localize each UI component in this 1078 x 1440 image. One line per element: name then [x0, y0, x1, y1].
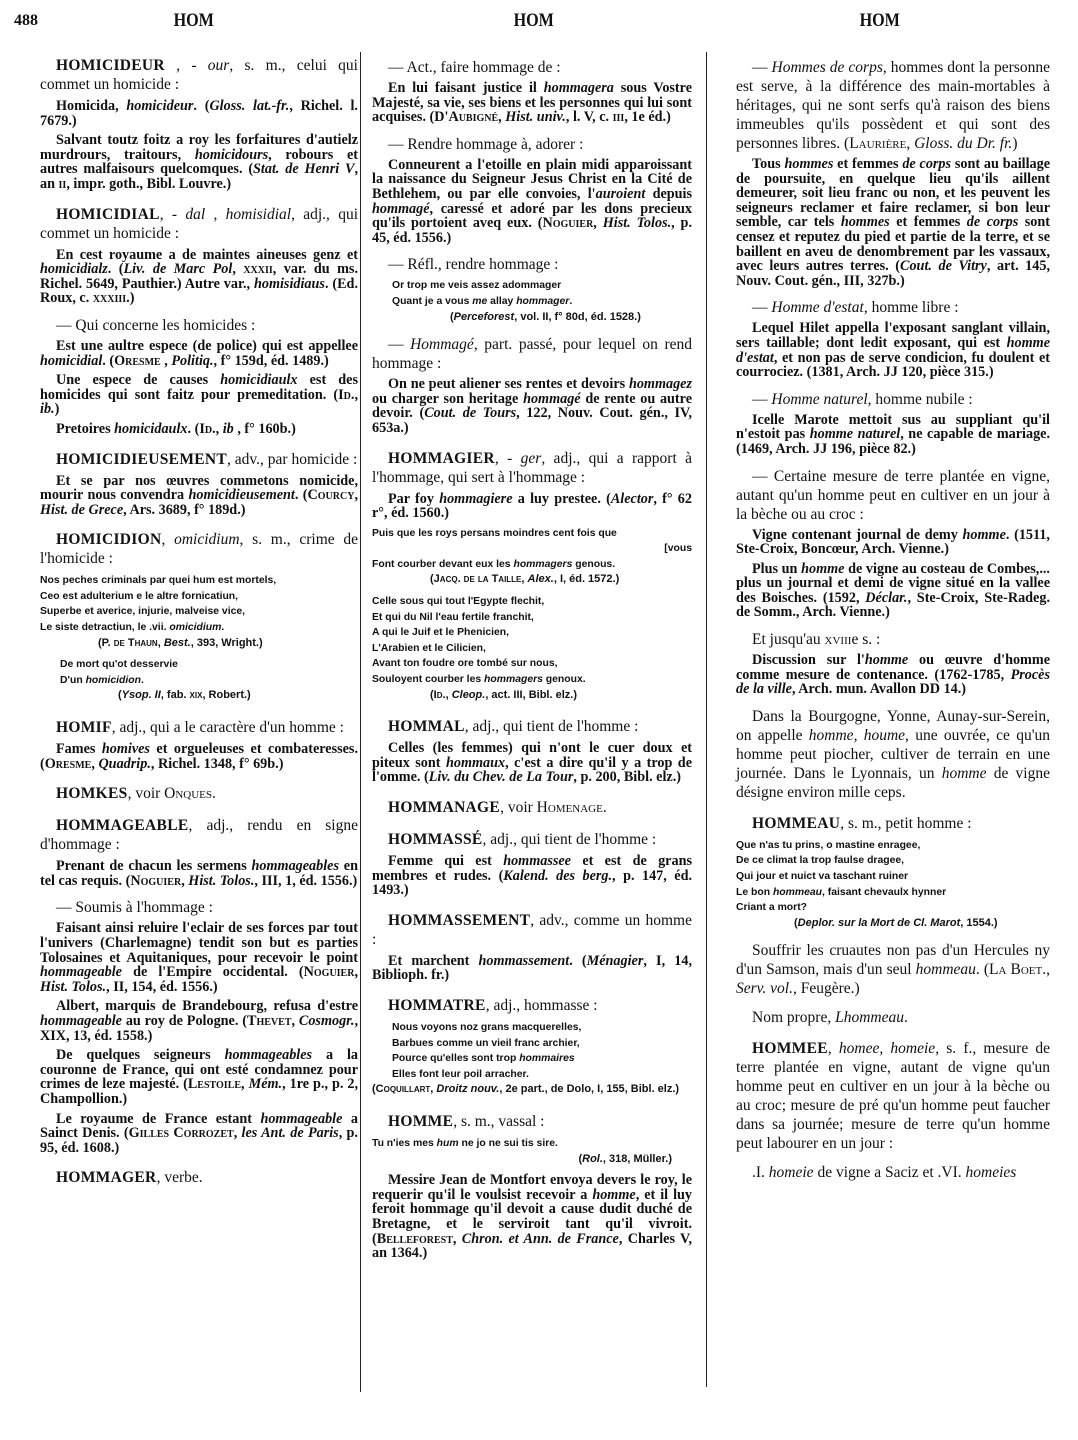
quotation: Prenant de chacun les sermens hommageabl… [40, 859, 358, 888]
italic-text: homee, homeie [839, 1040, 935, 1057]
small-caps-text: Homenage [537, 799, 603, 816]
entry-spacer [372, 709, 692, 717]
verse-line: [vous [372, 541, 692, 557]
italic-text: hommageables [225, 1047, 313, 1063]
verse-quotation: Celle sous qui tout l'Egypte flechit,Et … [372, 594, 692, 703]
headword: HOMICIDIEUSEMENT [56, 451, 227, 468]
italic-text: Kalend. des berg. [503, 868, 612, 884]
verse-line: Souloyent courber les hommagers genoux. [372, 672, 692, 688]
headword: HOMKES [56, 785, 128, 802]
italic-text: ib. [40, 401, 55, 417]
quotation: Discussion sur l'homme ou œuvre d'homme … [736, 653, 1050, 697]
italic-text: homisidial [226, 206, 291, 223]
italic-text: Ysop. II [122, 689, 161, 701]
column-divider [360, 52, 361, 1392]
italic-text: hommassement [479, 953, 570, 969]
running-head-center: HOM [514, 10, 554, 32]
italic-text: Lhommeau [835, 1009, 904, 1026]
entry-definition: HOMICIDEUR , - our, s. m., celui qui com… [40, 56, 358, 94]
verse-line: Celle sous qui tout l'Egypte flechit, [372, 594, 692, 610]
entry-spacer [372, 822, 692, 830]
citation: (Deplor. sur la Mort de Cl. Marot, 1554.… [736, 916, 1050, 932]
italic-text: Hist. Tolos. [188, 873, 254, 889]
quotation: Une espece de causes homicidiaulx est de… [40, 373, 358, 417]
sense-definition: .I. homeie de vigne a Saciz et .VI. home… [736, 1163, 1050, 1182]
verse-quotation: Tu n'ies mes hum ne jo ne sui tis sire.(… [372, 1136, 692, 1167]
italic-text: homeies [966, 1164, 1017, 1181]
verse-line: Elles font leur poil arracher. [392, 1067, 692, 1083]
quotation: En cest royaume a de maintes aineuses ge… [40, 248, 358, 306]
italic-text: Rol. [582, 1153, 603, 1165]
verse-line: Or trop me veis assez adommager [392, 278, 692, 294]
headword: HOMMEAU [752, 815, 840, 832]
italic-text: hommagé [523, 391, 581, 407]
italic-text: hommager [516, 296, 569, 307]
verse-line: Superbe et averice, injurie, malveise vi… [40, 604, 358, 620]
small-caps-text: Oresme [45, 756, 92, 772]
verse-line: Font courber devant eux les hommagers ge… [372, 557, 692, 573]
small-caps-text: Noguier [130, 873, 181, 889]
italic-text: homicideur [126, 98, 193, 114]
headword: HOMICIDION [56, 531, 161, 548]
italic-text: homicidaulx [114, 421, 187, 437]
entry-definition: HOMMAGER, verbe. [40, 1168, 358, 1187]
verse-line: Barbues comme un vieil franc archier, [392, 1036, 692, 1052]
quotation: Femme qui est hommassee et est de grans … [372, 854, 692, 898]
italic-text: Hist. Tolos. [40, 979, 106, 995]
verse-line: Quant je a vous me allay hommager. [392, 294, 692, 310]
italic-text: Hist. univ. [505, 109, 566, 125]
entry-definition: HOMICIDION, omicidium, s. m., crime de l… [40, 530, 358, 568]
italic-text: Hommagé [410, 336, 474, 353]
italic-text: Liv. du Chev. de La Tour [429, 769, 574, 785]
entry-definition: HOMMEAU, s. m., petit homme : [736, 814, 1050, 833]
headword: HOMMASSEMENT [388, 912, 530, 929]
quotation: Icelle Marote mettoit sus au suppliant q… [736, 413, 1050, 457]
verse-line: Avant ton foudre ore tombé sur nous, [372, 656, 692, 672]
small-caps-text: Id. [434, 689, 446, 701]
entry-spacer [40, 710, 358, 718]
small-caps-text: D'Aubigné [434, 109, 498, 125]
entry-spacer [372, 790, 692, 798]
citation: (Ysop. II, fab. xix, Robert.) [60, 688, 358, 704]
italic-text: homeie [769, 1164, 814, 1181]
entry-spacer [40, 48, 358, 56]
sense-definition: — Homme naturel, homme nubile : [736, 390, 1050, 409]
verse-line: Nos peches criminals par quei hum est mo… [40, 573, 358, 589]
small-caps-text: Id. [199, 421, 215, 437]
entry-spacer [372, 441, 692, 449]
italic-text: Hommes de corps [772, 59, 883, 76]
entry-spacer [372, 1104, 692, 1112]
entry-spacer [40, 522, 358, 530]
italic-text: Liv. de Marc Pol [124, 261, 233, 277]
italic-text: homme [865, 652, 908, 668]
verse-line: Pource qu'elles sont trop hommaires [392, 1051, 692, 1067]
entry-spacer [40, 1160, 358, 1168]
entry-definition: HOMICIDIAL, - dal , homisidial, adj., qu… [40, 205, 358, 243]
italic-text: ib [223, 421, 234, 437]
italic-text: Hist. de Grece [40, 502, 123, 518]
quotation: Plus un homme de vigne au costeau de Com… [736, 562, 1050, 620]
italic-text: Hist. Tolos. [603, 215, 671, 231]
quotation: Est une aultre espece (de police) qui es… [40, 339, 358, 368]
verse-line: Le bon hommeau, faisant chevaulx hynner [736, 885, 1050, 901]
italic-text: auroient [596, 186, 646, 202]
italic-text: hum [437, 1138, 459, 1149]
headword: HOMMEE [752, 1040, 828, 1057]
italic-text: Best. [164, 637, 191, 649]
sense-definition: — Qui concerne les homicides : [40, 316, 358, 335]
italic-text: omicidium [169, 622, 221, 633]
verse-line: A qui le Juif et le Phenicien, [372, 625, 692, 641]
small-caps-text: Noguier [542, 215, 593, 231]
entry-definition: HOMMATRE, adj., hommasse : [372, 996, 692, 1015]
quotation: De quelques seigneurs hommageables a la … [40, 1048, 358, 1106]
italic-text: Alex. [528, 573, 554, 585]
column-divider [706, 52, 707, 1387]
quotation: Vigne contenant journal de demy homme. (… [736, 528, 1050, 557]
quotation: Albert, marquis de Brandebourg, refusa d… [40, 999, 358, 1043]
italic-text: Mém. [249, 1076, 283, 1092]
quotation: Celles (les femmes) qui n'ont le cuer do… [372, 741, 692, 785]
citation: (Perceforest, vol. II, f° 80d, éd. 1528.… [392, 310, 692, 326]
small-caps-text: de Thaun [114, 637, 158, 649]
verse-line: De ce climat la trop faulse dragee, [736, 853, 1050, 869]
verse-quotation: De mort qu'ot desservieD'un homicidion.(… [40, 657, 358, 704]
citation: (Jacq. de la Taille, Alex., I, éd. 1572.… [372, 572, 692, 588]
italic-text: Ménagier [587, 953, 644, 969]
italic-text: homicidial [40, 353, 102, 369]
italic-text: dal [185, 206, 205, 223]
italic-text: homme [942, 765, 987, 782]
italic-text: homives [102, 741, 150, 757]
quotation: Lequel Hilet appella l'exposant sanglant… [736, 321, 1050, 379]
verse-line: Criant a mort? [736, 900, 1050, 916]
italic-text: Cleop. [452, 689, 486, 701]
italic-text: Gloss. lat.-fr. [209, 98, 289, 114]
entry-spacer [40, 776, 358, 784]
verse-quotation: Or trop me veis assez adommagerQuant je … [372, 278, 692, 325]
italic-text: homicidours [195, 147, 268, 163]
verse-line: Et qui du Nil l'eau fertile franchit, [372, 610, 692, 626]
quotation: En lui faisant justice il hommagera sous… [372, 81, 692, 125]
italic-text: Gloss. du Dr. fr. [914, 135, 1012, 152]
headword: HOMMAL [388, 718, 465, 735]
quotation: Et marchent hommassement. (Ménagier, I, … [372, 954, 692, 983]
dictionary-column-3: — Hommes de corps, hommes dont la person… [736, 48, 1050, 1186]
citation: (Id., Cleop., act. III, Bibl. elz.) [372, 688, 692, 704]
verse-quotation: Puis que les roys persans moindres cent … [372, 526, 692, 588]
small-caps-text: ii [59, 176, 67, 192]
small-caps-text: xix [190, 689, 203, 701]
headword: HOMMAGER [56, 1169, 157, 1186]
sense-definition: Souffrir les cruautes non pas d'un Hercu… [736, 941, 1050, 998]
small-caps-text: Thevet [247, 1013, 291, 1029]
italic-text: hommes [784, 156, 833, 172]
italic-text: ger [521, 450, 542, 467]
small-caps-text: xviii [825, 631, 852, 648]
citation: (P. de Thaun, Best., 393, Wright.) [40, 636, 358, 652]
italic-text: Serv. vol. [736, 980, 793, 997]
citation: (Rol., 318, Müller.) [372, 1152, 692, 1168]
entry-definition: HOMIF, adj., qui a le caractère d'un hom… [40, 718, 358, 737]
italic-text: homme [801, 561, 844, 577]
italic-text: Quadrip. [98, 756, 150, 772]
small-caps-text: Jacq. de la Taille [434, 573, 522, 585]
small-caps-text: iii [613, 109, 625, 125]
entry-definition: HOMICIDIEUSEMENT, adv., par homicide : [40, 450, 358, 469]
entry-definition: HOMMASSEMENT, adv., comme un homme : [372, 911, 692, 949]
italic-text: homme, houme [809, 727, 905, 744]
quotation: Le royaume de France estant hommageable … [40, 1112, 358, 1156]
italic-text: Homme d'estat [771, 299, 863, 316]
italic-text: Procès de la ville [736, 667, 1050, 698]
italic-text: Droitz nouv. [436, 1083, 499, 1095]
small-caps-text: Laurière [849, 135, 906, 152]
verse-line: L'Arabien et le Cilicien, [372, 641, 692, 657]
quotation: Homicida, homicideur. (Gloss. lat.-fr., … [40, 99, 358, 128]
italic-text: hommeau [916, 961, 976, 978]
sense-definition: — Act., faire hommage de : [372, 58, 692, 77]
italic-text: hommagiere [439, 491, 512, 507]
verse-continuation: [vous [372, 541, 692, 557]
italic-text: hommagé [372, 201, 430, 217]
sense-definition: Dans la Bourgogne, Yonne, Aunay-sur-Sere… [736, 707, 1050, 802]
italic-text: hommageable [260, 1111, 342, 1127]
italic-text: homme [592, 1187, 635, 1203]
italic-text: hommassee [503, 853, 571, 869]
entry-definition: HOMMAGEABLE, adj., rendu en signe d'homm… [40, 816, 358, 854]
italic-text: de corps [902, 156, 951, 172]
italic-text: Déclar. [865, 590, 907, 606]
italic-text: Cosmogr. [299, 1013, 355, 1029]
small-caps-text: Courcy [308, 487, 355, 503]
italic-text: homme d'estat [736, 335, 1050, 366]
small-caps-text: La Boet. [989, 961, 1046, 978]
verse-line: De mort qu'ot desservie [60, 657, 358, 673]
quotation: Tous hommes et femmes de corps sont au b… [736, 157, 1050, 288]
small-caps-text: Onques [164, 785, 212, 802]
sense-definition: — Réfl., rendre hommage : [372, 255, 692, 274]
entry-spacer [372, 988, 692, 996]
italic-text: hommeau [773, 887, 822, 898]
running-head-right: HOM [860, 10, 900, 32]
italic-text: Politiq. [171, 353, 213, 369]
sense-definition: Et jusqu'au xviiie s. : [736, 630, 1050, 649]
italic-text: hommagers [484, 674, 543, 685]
headword: HOMICIDEUR [56, 57, 165, 74]
dictionary-column-1: HOMICIDEUR , - our, s. m., celui qui com… [40, 48, 358, 1192]
citation: (Coquillart, Droitz nouv., 2e part., de … [372, 1082, 692, 1098]
dictionary-column-2: — Act., faire hommage de :En lui faisant… [372, 48, 692, 1266]
entry-spacer [736, 1031, 1050, 1039]
verse-line: Nous voyons noz grans macquerelles, [392, 1020, 692, 1036]
italic-text: hommaires [519, 1053, 574, 1064]
headword: HOMMATRE [388, 997, 486, 1014]
italic-text: homisidiaus [254, 276, 325, 292]
italic-text: Cout. de Tours [424, 405, 516, 421]
italic-text: les Ant. de Paris [242, 1125, 339, 1141]
italic-text: hommageables [252, 858, 340, 874]
running-head-left: HOM [174, 10, 214, 32]
entry-spacer [40, 197, 358, 205]
italic-text: hommes [841, 214, 890, 230]
verse-line: Ceo est adulterium e le altre fornicatiu… [40, 589, 358, 605]
quotation: Conneurent a l'etoille en plain midi app… [372, 158, 692, 246]
small-caps-text: Coquillart [376, 1083, 431, 1095]
headword: HOMICIDIAL [56, 206, 160, 223]
small-caps-text: Belleforest [377, 1231, 453, 1247]
italic-text: hommageable [40, 964, 122, 980]
entry-definition: HOMMAL, adj., qui tient de l'homme : [372, 717, 692, 736]
italic-text: Chron. et Ann. de France [462, 1231, 619, 1247]
italic-text: hommagez [629, 376, 692, 392]
italic-text: homicidiaulx [220, 372, 297, 388]
verse-line: D'un homicidion. [60, 673, 358, 689]
small-caps-text: Noguier [304, 964, 355, 980]
sense-definition: Nom propre, Lhommeau. [736, 1008, 1050, 1027]
page-number: 488 [14, 12, 38, 30]
headword: HOMMAGIER [388, 450, 495, 467]
italic-text: homicidieusement [188, 487, 294, 503]
quotation: On ne peut aliener ses rentes et devoirs… [372, 377, 692, 435]
headword: HOMMANAGE [388, 799, 500, 816]
headword: HOMME [388, 1113, 453, 1130]
italic-text: homme naturel [810, 426, 900, 442]
verse-quotation: Que n'as tu prins, o mastine enragee,De … [736, 838, 1050, 932]
entry-definition: HOMMAGIER, - ger, adj., qui a rapport à … [372, 449, 692, 487]
quotation: Fames homives et orgueleuses et combater… [40, 742, 358, 771]
sense-definition: — Homme d'estat, homme libre : [736, 298, 1050, 317]
headword: HOMMAGEABLE [56, 817, 188, 834]
quotation: Salvant toutz foitz a roy les forfaiture… [40, 133, 358, 191]
quotation: Par foy hommagiere a luy prestee. (Alect… [372, 492, 692, 521]
italic-text: Homme naturel [771, 391, 867, 408]
page-header: 488 HOM HOM HOM [0, 10, 1078, 38]
italic-text: Perceforest [454, 311, 515, 323]
italic-text: homicidion [86, 675, 141, 686]
entry-spacer [40, 808, 358, 816]
entry-definition: HOMKES, voir Onques. [40, 784, 358, 803]
quotation: Messire Jean de Montfort envoya devers l… [372, 1173, 692, 1261]
italic-text: Cout. de Vitry [900, 258, 987, 274]
sense-definition: — Soumis à l'hommage : [40, 898, 358, 917]
italic-text: our [208, 57, 230, 74]
italic-text: hommagers [513, 559, 572, 570]
italic-text: hommagera [544, 80, 614, 96]
entry-definition: HOMMANAGE, voir Homenage. [372, 798, 692, 817]
small-caps-text: Gilles Corrozet [129, 1125, 234, 1141]
verse-line: Puis que les roys persans moindres cent … [372, 526, 692, 542]
small-caps-text: Oresme [114, 353, 161, 369]
verse-line: Que n'as tu prins, o mastine enragee, [736, 838, 1050, 854]
entry-definition: HOMME, s. m., vassal : [372, 1112, 692, 1131]
italic-text: de corps [967, 214, 1018, 230]
quotation: Et se par nos œuvres commetons nomicide,… [40, 474, 358, 518]
italic-text: hommageable [40, 1013, 122, 1029]
entry-spacer [40, 442, 358, 450]
small-caps-text: xxxii [243, 261, 272, 277]
headword: HOMMASSÉ [388, 831, 483, 848]
sense-definition: — Rendre hommage à, adorer : [372, 135, 692, 154]
italic-text: Deplor. sur la Mort de Cl. Marot [798, 917, 961, 929]
verse-line: Qui jour et nuict va taschant ruiner [736, 869, 1050, 885]
small-caps-text: xxxiii [93, 290, 126, 306]
verse-quotation: Nous voyons noz grans macquerelles,Barbu… [372, 1020, 692, 1098]
italic-text: Alector [611, 491, 654, 507]
sense-definition: — Hommes de corps, hommes dont la person… [736, 58, 1050, 153]
sense-definition: — Hommagé, part. passé, pour lequel on r… [372, 335, 692, 373]
entry-definition: HOMMEE, homee, homeie, s. f., mesure de … [736, 1039, 1050, 1153]
italic-text: me [472, 296, 487, 307]
italic-text: omicidium [174, 531, 239, 548]
verse-line: Le siste detractiun, le .vii. omicidium. [40, 620, 358, 636]
small-caps-text: Lestoile [188, 1076, 241, 1092]
sense-definition: — Certaine mesure de terre plantée en vi… [736, 467, 1050, 524]
headword: HOMIF [56, 719, 112, 736]
italic-text: homme [963, 527, 1006, 543]
small-caps-text: Id. [338, 387, 354, 403]
italic-text: hommaux [446, 755, 505, 771]
entry-spacer [736, 806, 1050, 814]
quotation: Pretoires homicidaulx. (Id., ib , f° 160… [40, 422, 358, 437]
entry-definition: HOMMASSÉ, adj., qui tient de l'homme : [372, 830, 692, 849]
verse-line: Tu n'ies mes hum ne jo ne sui tis sire. [372, 1136, 692, 1152]
verse-quotation: Nos peches criminals par quei hum est mo… [40, 573, 358, 651]
italic-text: Stat. de Henri V [253, 161, 354, 177]
entry-spacer [372, 903, 692, 911]
italic-text: homicidialz [40, 261, 108, 277]
quotation: Faisant ainsi reluire l'eclair de ses fo… [40, 921, 358, 994]
